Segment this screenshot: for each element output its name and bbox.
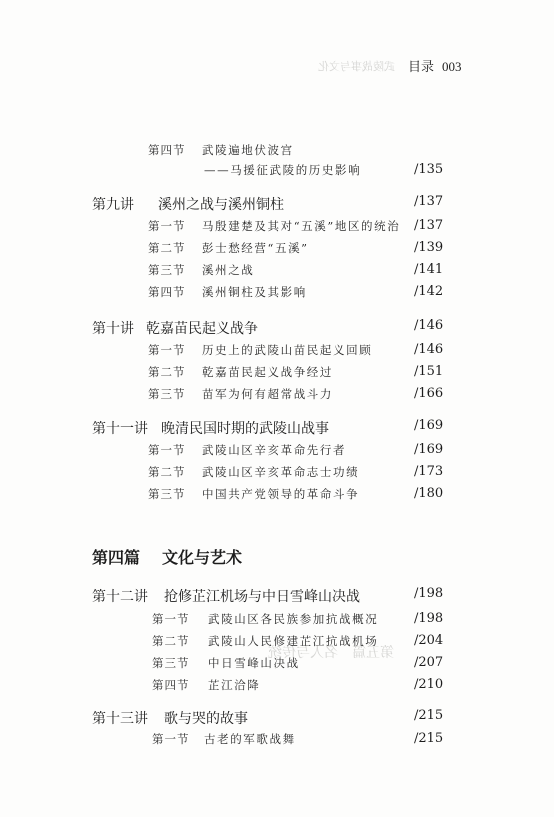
toc-section[interactable]: 第三节 溪州之战 /141 <box>0 262 554 282</box>
lecture-title: 抢修芷江机场与中日雪峰山决战 <box>164 586 360 606</box>
toc-section-subtitle[interactable]: ——马援征武陵的历史影响 /135 <box>0 162 554 182</box>
running-header: 目录003 <box>408 56 462 75</box>
section-label: 第三节 <box>148 486 186 502</box>
section-title: 苗军为何有超常战斗力 <box>202 386 333 402</box>
page-ref: /142 <box>414 284 443 299</box>
toc-section[interactable]: 第三节 中日雪峰山决战 /207 <box>0 655 554 675</box>
section-title: 武陵山区各民族参加抗战概况 <box>208 611 378 627</box>
lecture-title: 溪州之战与溪州铜柱 <box>158 194 284 214</box>
page-ref: /146 <box>414 342 443 357</box>
lecture-label: 第十三讲 <box>92 708 148 728</box>
section-title: 古老的军歌战舞 <box>204 731 296 747</box>
lecture-title: 歌与哭的故事 <box>164 708 248 728</box>
lecture-title: 晚清民国时期的武陵山战事 <box>161 418 329 438</box>
lecture-label: 第九讲 <box>92 194 134 214</box>
page-ref: /166 <box>414 386 443 401</box>
toc-section[interactable]: 第四节 溪州铜柱及其影响 /142 <box>0 284 554 304</box>
page-ref: /151 <box>414 364 443 379</box>
page-ref: /198 <box>414 611 443 626</box>
page-ref: /207 <box>414 655 443 670</box>
section-title: 武陵山区辛亥革命先行者 <box>202 442 346 458</box>
page-ref: /173 <box>414 464 443 479</box>
toc-section[interactable]: 第三节 苗军为何有超常战斗力 /166 <box>0 386 554 406</box>
section-subtitle: ——马援征武陵的历史影响 <box>204 162 361 178</box>
page-ref: /180 <box>414 486 443 501</box>
page-ref: /137 <box>414 218 443 233</box>
section-title: 乾嘉苗民起义战争经过 <box>202 364 333 380</box>
header-page-number: 003 <box>442 59 462 74</box>
part-title: 文化与艺术 <box>162 545 242 568</box>
part-label: 第四篇 <box>92 545 140 568</box>
section-label: 第四节 <box>148 142 186 158</box>
toc-section[interactable]: 第一节 武陵山区各民族参加抗战概况 /198 <box>0 611 554 631</box>
section-label: 第三节 <box>148 386 186 402</box>
toc-lecture-11[interactable]: 第十一讲 晚清民国时期的武陵山战事 /169 <box>0 418 554 438</box>
page-ref: /139 <box>414 240 443 255</box>
lecture-title: 乾嘉苗民起义战争 <box>146 318 258 338</box>
section-label: 第四节 <box>148 284 186 300</box>
lecture-label: 第十讲 <box>92 318 134 338</box>
page-ref: /204 <box>414 633 443 648</box>
section-label: 第三节 <box>148 262 186 278</box>
toc-section[interactable]: 第四节 武陵遍地伏波宫 <box>0 142 554 162</box>
section-label: 第二节 <box>152 633 190 649</box>
toc-section[interactable]: 第四节 芷江洽降 /210 <box>0 677 554 697</box>
section-label: 第一节 <box>152 611 190 627</box>
section-title: 中国共产党领导的革命斗争 <box>202 486 359 502</box>
page-ref: /215 <box>414 708 443 723</box>
section-label: 第一节 <box>148 442 186 458</box>
toc-section[interactable]: 第一节 武陵山区辛亥革命先行者 /169 <box>0 442 554 462</box>
section-label: 第三节 <box>152 655 190 671</box>
page-ref: /141 <box>414 262 443 277</box>
page-ref: /146 <box>414 318 443 333</box>
toc-section[interactable]: 第二节 武陵山人民修建芷江抗战机场 /204 <box>0 633 554 653</box>
section-label: 第二节 <box>148 240 186 256</box>
lecture-label: 第十二讲 <box>92 586 148 606</box>
section-title: 溪州之战 <box>202 262 254 278</box>
toc-lecture-13[interactable]: 第十三讲 歌与哭的故事 /215 <box>0 708 554 728</box>
page-ref: /215 <box>414 731 443 746</box>
toc-section[interactable]: 第二节 武陵山区辛亥革命志士功绩 /173 <box>0 464 554 484</box>
page-ref: /198 <box>414 586 443 601</box>
page-ref: /210 <box>414 677 443 692</box>
section-label: 第四节 <box>152 677 190 693</box>
page-ref: /169 <box>414 418 443 433</box>
section-title: 彭士愁经营“五溪” <box>202 240 309 256</box>
bleed-through-header: 武陵战事与文化 <box>318 58 395 74</box>
section-title: 溪州铜柱及其影响 <box>202 284 307 300</box>
section-title: 武陵山人民修建芷江抗战机场 <box>208 633 378 649</box>
toc-section[interactable]: 第二节 乾嘉苗民起义战争经过 /151 <box>0 364 554 384</box>
page-ref: /135 <box>414 162 443 177</box>
toc-section[interactable]: 第一节 马殷建楚及其对“五溪”地区的统治 /137 <box>0 218 554 238</box>
toc-lecture-12[interactable]: 第十二讲 抢修芷江机场与中日雪峰山决战 /198 <box>0 586 554 606</box>
section-title: 武陵遍地伏波宫 <box>202 142 294 158</box>
section-label: 第一节 <box>152 731 190 747</box>
toc-lecture-9[interactable]: 第九讲 溪州之战与溪州铜柱 /137 <box>0 194 554 214</box>
toc-section[interactable]: 第三节 中国共产党领导的革命斗争 /180 <box>0 486 554 506</box>
toc-section[interactable]: 第一节 历史上的武陵山苗民起义回顾 /146 <box>0 342 554 362</box>
section-title: 中日雪峰山决战 <box>208 655 300 671</box>
header-section-title: 目录 <box>408 60 434 75</box>
section-title: 武陵山区辛亥革命志士功绩 <box>202 464 359 480</box>
section-label: 第二节 <box>148 364 186 380</box>
section-label: 第一节 <box>148 342 186 358</box>
section-label: 第二节 <box>148 464 186 480</box>
section-title: 芷江洽降 <box>208 677 260 693</box>
toc-section[interactable]: 第二节 彭士愁经营“五溪” /139 <box>0 240 554 260</box>
section-title: 历史上的武陵山苗民起义回顾 <box>202 342 372 358</box>
toc-lecture-10[interactable]: 第十讲 乾嘉苗民起义战争 /146 <box>0 318 554 338</box>
lecture-label: 第十一讲 <box>92 418 148 438</box>
page-ref: /137 <box>414 194 443 209</box>
section-label: 第一节 <box>148 218 186 234</box>
page-ref: /169 <box>414 442 443 457</box>
toc-part-4[interactable]: 第四篇 文化与艺术 <box>0 545 554 569</box>
toc-section[interactable]: 第一节 古老的军歌战舞 /215 <box>0 731 554 751</box>
section-title: 马殷建楚及其对“五溪”地区的统治 <box>202 218 400 234</box>
